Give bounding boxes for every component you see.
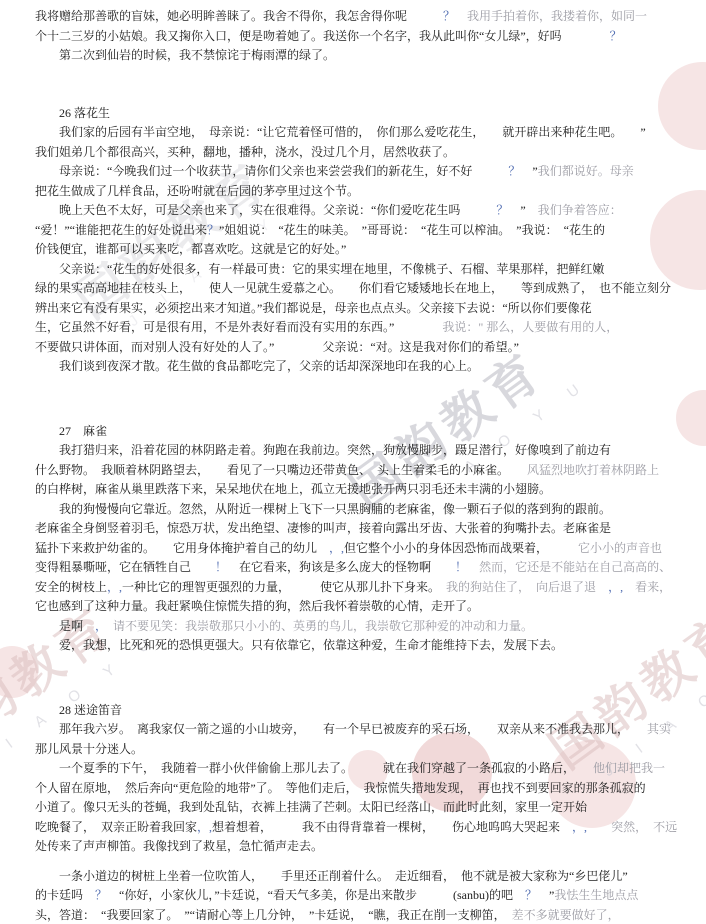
document-page: 国韵教育J I A O Y U国韵教育J I A O Y U国韵教育J I A … xyxy=(0,0,706,924)
text-line: 的白桦树，麻雀从巢里跌落下来，呆呆地伏在地上，孤立无援地张开两只羽毛还未丰满的小… xyxy=(35,480,698,500)
answer-punctuation: ，, xyxy=(197,820,212,834)
answer-punctuation: ？ xyxy=(95,888,107,902)
body-text: 头，答道： “我要回家了。 ”“请耐心等上几分钟， ”卡廷说， “瞧，我正在削一… xyxy=(35,908,512,922)
body-text: 在它看来，狗该是多么庞大的怪物啊 xyxy=(227,560,455,574)
body-text xyxy=(455,9,467,23)
body-text: 我将赠给那善歌的盲妹，她必明眸善睐了。我舍不得你，我怎舍得你呢 xyxy=(35,9,443,23)
text-line: 那儿风景十分迷人。 xyxy=(35,740,698,760)
answer-punctuation: ？ xyxy=(443,9,455,23)
answer-punctuation: ？ xyxy=(496,203,508,217)
body-text: 安全的树枝上 xyxy=(35,580,107,594)
text-line: 猛扑下来救护幼雀的。 它用身体掩护着自己的幼儿 ，,但它整个小小的身体因恐怖而战… xyxy=(35,539,698,559)
text-line: 老麻雀全身倒竖着羽毛，惊恐万状，发出绝望、凄惨的叫声，接着向露出牙齿、大张着的狗… xyxy=(35,519,698,539)
text-line: “爱！”“谁能把花生的好处说出来？”姐姐说： “花生的味美。 ”哥哥说： “花生… xyxy=(35,221,698,241)
body-text: 处传来了声声柳笛。我像找到了救星，急忙循声走去。 xyxy=(35,839,323,853)
answer-punctuation: ？ xyxy=(610,29,622,43)
text-line: 父亲说：“花生的好处很多，有一样最可贵：它的果实埋在地里，不像桃子、石榴、苹果那… xyxy=(35,260,698,280)
answer-text: 我们都说好。母亲 xyxy=(538,164,634,178)
text-line: 变得粗暴嘶哑，它在牺牲自己 ！ 在它看来，狗该是多么庞大的怪物啊 ！ 然而，它还… xyxy=(35,558,698,578)
body-text: 的卡廷吗 xyxy=(35,888,95,902)
section-heading: 28 迷途笛音 xyxy=(35,701,698,721)
text-line: 是啊 ， 请不要见笑：我崇敬那只小小的、英勇的鸟儿，我崇敬它那种爱的冲动和力量。 xyxy=(35,617,698,637)
section-heading: 26 落花生 xyxy=(35,104,698,124)
body-text: 我们姐弟几个都很高兴，买种，翻地，播种，浇水，没过几个月，居然收获了。 xyxy=(35,145,455,159)
answer-text: 我用手拍着你，我搂着你，如同一 xyxy=(467,9,647,23)
text-line: 我的狗慢慢向它靠近。忽然，从附近一棵树上飞下一只黑胸脯的老麻雀，像一颗石子似的落… xyxy=(35,500,698,520)
body-text: 是啊 xyxy=(59,619,83,633)
answer-punctuation: ？ xyxy=(508,164,520,178)
body-text: 小道了。像只无头的苍蝇，我到处乱钻，衣裤上挂满了芒刺。太阳已经落山，而此时此刻，… xyxy=(35,800,587,814)
body-text: 我们家的后园有半亩空地， 母亲说：“让它荒着怪可惜的， 你们那么爱吃花生， 就开… xyxy=(59,125,646,139)
body-text: 绿的果实高高地挂在枝头上， 使人一见就生爱慕之心。 你们看它矮矮地长在地上， 等… xyxy=(35,281,671,295)
body-text: 一个夏季的下午， 我随着一群小伙伴偷偷上那儿去了。 就在我们穿越了一条孤寂的小路… xyxy=(59,761,593,775)
answer-text: 我说：" 那么，人要做有用的人， xyxy=(442,320,618,334)
body-text: 晚上天色不太好，可是父亲也来了，实在很难得。父亲说：“你们爱吃花生吗 xyxy=(59,203,496,217)
answer-text: 风猛烈地吹打着林阴路上 xyxy=(527,463,659,477)
text-line: 把花生做成了几样食品，还吩咐就在后园的茅亭里过这个节。 xyxy=(35,182,698,202)
body-text: 但它整个小小的身体因恐怖而战栗着， xyxy=(344,541,578,555)
body-text: 27 麻雀 xyxy=(59,424,107,438)
body-text: ” xyxy=(508,203,537,217)
text-line: 绿的果实高高地挂在枝头上， 使人一见就生爱慕之心。 你们看它矮矮地长在地上， 等… xyxy=(35,279,698,299)
answer-punctuation: ？ xyxy=(525,888,537,902)
body-text: 什么野物。 我顺着林阴路望去， 看见了一只嘴边还带黄色、 头上生着柔毛的小麻雀。 xyxy=(35,463,527,477)
text-line: 吃晚餐了， 双亲正盼着我回家，,想着想着， 我不由得背靠着一棵树， 伤心地呜呜大… xyxy=(35,818,698,838)
answer-punctuation: ，, xyxy=(560,820,587,834)
answer-text: 差不多就要做好了， xyxy=(512,908,620,922)
text-line: 母亲说：“今晚我们过一个收获节，请你们父亲也来尝尝我们的新花生，好不好 ？ ”我… xyxy=(35,162,698,182)
text-line: 我们姐弟几个都很高兴，买种，翻地，播种，浇水，没过几个月，居然收获了。 xyxy=(35,143,698,163)
text-line: 第二次到仙岩的时候，我不禁惊诧于梅雨潭的绿了。 xyxy=(35,46,698,66)
body-text xyxy=(587,820,611,834)
answer-text: 请不要见笑：我崇敬那只小小的、英勇的鸟儿，我崇敬它那种爱的冲动和力量。 xyxy=(113,619,533,633)
body-text: 我的狗慢慢向它靠近。忽然，从附近一棵树上飞下一只黑胸脯的老麻雀，像一颗石子似的落… xyxy=(59,502,611,516)
body-text: 那年我六岁。 离我家仅一箭之遥的小山坡旁， 有一个早已被废弃的采石场， 双亲从来… xyxy=(59,722,647,736)
body-text: “你好，小家伙儿，”卡廷说，“看天气多美，你是出来散步 (sanbu)的吧 xyxy=(107,888,525,902)
text-line: 生，它虽然不好看，可是很有用，不是外表好看而没有实用的东西。” 我说：" 那么，… xyxy=(35,318,698,338)
text-line: 我们谈到夜深才散。花生做的食品都吃完了，父亲的话却深深地印在我的心上。 xyxy=(35,357,698,377)
answer-text: 我们争着答应： xyxy=(538,203,622,217)
body-text: 生，它虽然不好看，可是很有用，不是外表好看而没有实用的东西。” xyxy=(35,320,442,334)
text-line: 价钱便宜，谁都可以买来吃，都喜欢吃。这就是它的好处。” xyxy=(35,240,698,260)
body-text: 把花生做成了几样食品，还吩咐就在后园的茅亭里过这个节。 xyxy=(35,184,359,198)
section-heading: 27 麻雀 xyxy=(35,422,698,442)
text-line: 我们家的后园有半亩空地， 母亲说：“让它荒着怪可惜的， 你们那么爱吃花生， 就开… xyxy=(35,123,698,143)
body-text: ”姐姐说： “花生的味美。 ”哥哥说： “花生可以榨油。 ”我说： “花生的 xyxy=(219,223,605,237)
answer-punctuation: ，, xyxy=(329,541,344,555)
answer-text: 看来， xyxy=(623,580,671,594)
body-text: 变得粗暴嘶哑，它在牺牲自己 xyxy=(35,560,215,574)
body-text xyxy=(101,619,113,633)
body-text: 我打猎归来，沿着花园的林阴路走着。狗跑在我前边。突然，狗放慢脚步，蹑足潜行，好像… xyxy=(59,443,611,457)
body-text: 第二次到仙岩的时候，我不禁惊诧于梅雨潭的绿了。 xyxy=(59,48,335,62)
text-line: 一条小道边的树桩上坐着一位吹笛人， 手里还正削着什么。 走近细看， 他不就是被大… xyxy=(35,867,698,887)
text-line: 晚上天色不太好，可是父亲也来了，实在很难得。父亲说：“你们爱吃花生吗 ？ ” 我… xyxy=(35,201,698,221)
text-line: 小道了。像只无头的苍蝇，我到处乱钻，衣裤上挂满了芒刺。太阳已经落山，而此时此刻，… xyxy=(35,798,698,818)
body-text: 26 落花生 xyxy=(59,106,110,120)
answer-punctuation: ！ xyxy=(215,560,227,574)
text-line: 的卡廷吗 ？ “你好，小家伙儿，”卡廷说，“看天气多美，你是出来散步 (sanb… xyxy=(35,886,698,906)
text-line: 什么野物。 我顺着林阴路望去， 看见了一只嘴边还带黄色、 头上生着柔毛的小麻雀。… xyxy=(35,461,698,481)
text-line: 我将赠给那善歌的盲妹，她必明眸善睐了。我舍不得你，我怎舍得你呢 ？ 我用手拍着你… xyxy=(35,7,698,27)
body-text: 的白桦树，麻雀从巢里跌落下来，呆呆地伏在地上，孤立无援地张开两只羽毛还未丰满的小… xyxy=(35,482,551,496)
text-line: 头，答道： “我要回家了。 ”“请耐心等上几分钟， ”卡廷说， “瞧，我正在削一… xyxy=(35,906,698,924)
answer-punctuation: ， xyxy=(83,619,101,633)
answer-text: 我的狗站住了， 向后退了退 xyxy=(446,580,596,594)
text-line: 爱，我想，比死和死的恐惧更强大。只有依靠它，依靠这种爱，生命才能维持下去，发展下… xyxy=(35,636,698,656)
answer-text: 然而，它还是不能站在自己高高的、 xyxy=(479,560,671,574)
body-text: ” xyxy=(537,888,554,902)
body-text: 老麻雀全身倒竖着羽毛，惊恐万状，发出绝望、凄惨的叫声，接着向露出牙齿、大张着的狗… xyxy=(35,521,611,535)
text-line: 处传来了声声柳笛。我像找到了救星，急忙循声走去。 xyxy=(35,837,698,857)
body-text: 不要做只讲体面，而对别人没有好处的人了。” 父亲说：“对。这是我对你们的希望。” xyxy=(35,340,519,354)
answer-punctuation: ，, xyxy=(596,580,623,594)
body-text: 想着想着， 我不由得背靠着一棵树， 伤心地呜呜大哭起来 xyxy=(212,820,560,834)
answer-text: 我怯生生地点点 xyxy=(554,888,638,902)
body-text: ” xyxy=(520,164,537,178)
text-line: 它也感到了这种力量。我赶紧唤住惊慌失措的狗，然后我怀着崇敬的心情，走开了。 xyxy=(35,597,698,617)
body-text: 母亲说：“今晚我们过一个收获节，请你们父亲也来尝尝我们的新花生，好不好 xyxy=(59,164,508,178)
body-text: 它也感到了这种力量。我赶紧唤住惊慌失措的狗，然后我怀着崇敬的心情，走开了。 xyxy=(35,599,479,613)
body-text: 28 迷途笛音 xyxy=(59,703,122,717)
body-text: 价钱便宜，谁都可以买来吃，都喜欢吃。这就是它的好处。” xyxy=(35,242,346,256)
body-text: 吃晚餐了， 双亲正盼着我回家 xyxy=(35,820,197,834)
text-line: 个十二三岁的小姑娘。我又掬你入口，便是吻着她了。我送你一个名字，我从此叫你“女儿… xyxy=(35,27,698,47)
body-text: “爱！”“谁能把花生的好处说出来 xyxy=(35,223,207,237)
answer-text: 它小小的声音也 xyxy=(578,541,662,555)
answer-punctuation: ，, xyxy=(107,580,122,594)
text-line: 个人留在原地， 然后奔向“更危险的地带”了。 等他们走后， 我惊慌失措地发现， … xyxy=(35,779,698,799)
text-line: 辨出来它有没有果实，必须挖出来才知道。”我们都说是，母亲也点点头。父亲接下去说：… xyxy=(35,299,698,319)
body-text: 个十二三岁的小姑娘。我又掬你入口，便是吻着她了。我送你一个名字，我从此叫你“女儿… xyxy=(35,29,610,43)
text-line: 不要做只讲体面，而对别人没有好处的人了。” 父亲说：“对。这是我对你们的希望。” xyxy=(35,338,698,358)
answer-punctuation: ！ xyxy=(455,560,467,574)
body-text xyxy=(467,560,479,574)
text-line: 那年我六岁。 离我家仅一箭之遥的小山坡旁， 有一个早已被废弃的采石场， 双亲从来… xyxy=(35,720,698,740)
answer-text: 他们却把我一 xyxy=(593,761,665,775)
body-text: 爱，我想，比死和死的恐惧更强大。只有依靠它，依靠这种爱，生命才能维持下去，发展下… xyxy=(59,638,563,652)
text-line: 安全的树枝上，,一种比它的理智更强烈的力量， 使它从那儿扑下身来。 我的狗站住了… xyxy=(35,578,698,598)
body-text: 猛扑下来救护幼雀的。 它用身体掩护着自己的幼儿 xyxy=(35,541,329,555)
body-text: 我们谈到夜深才散。花生做的食品都吃完了，父亲的话却深深地印在我的心上。 xyxy=(59,359,479,373)
text-line: 一个夏季的下午， 我随着一群小伙伴偷偷上那儿去了。 就在我们穿越了一条孤寂的小路… xyxy=(35,759,698,779)
body-text: 一种比它的理智更强烈的力量， 使它从那儿扑下身来。 xyxy=(122,580,446,594)
body-text: 那儿风景十分迷人。 xyxy=(35,742,143,756)
document-text: 我将赠给那善歌的盲妹，她必明眸善睐了。我舍不得你，我怎舍得你呢 ？ 我用手拍着你… xyxy=(0,0,706,924)
answer-text: 突然， 不远 xyxy=(611,820,677,834)
text-line: 我打猎归来，沿着花园的林阴路走着。狗跑在我前边。突然，狗放慢脚步，蹑足潜行，好像… xyxy=(35,441,698,461)
body-text: 辨出来它有没有果实，必须挖出来才知道。”我们都说是，母亲也点点头。父亲接下去说：… xyxy=(35,301,592,315)
body-text: 一条小道边的树桩上坐着一位吹笛人， 手里还正削着什么。 走近细看， 他不就是被大… xyxy=(59,869,628,883)
answer-punctuation: ？ xyxy=(207,223,219,237)
body-text: 父亲说：“花生的好处很多，有一样最可贵：它的果实埋在地里，不像桃子、石榴、苹果那… xyxy=(59,262,604,276)
body-text: 个人留在原地， 然后奔向“更危险的地带”了。 等他们走后， 我惊慌失措地发现， … xyxy=(35,781,646,795)
answer-text: 其实 xyxy=(647,722,671,736)
